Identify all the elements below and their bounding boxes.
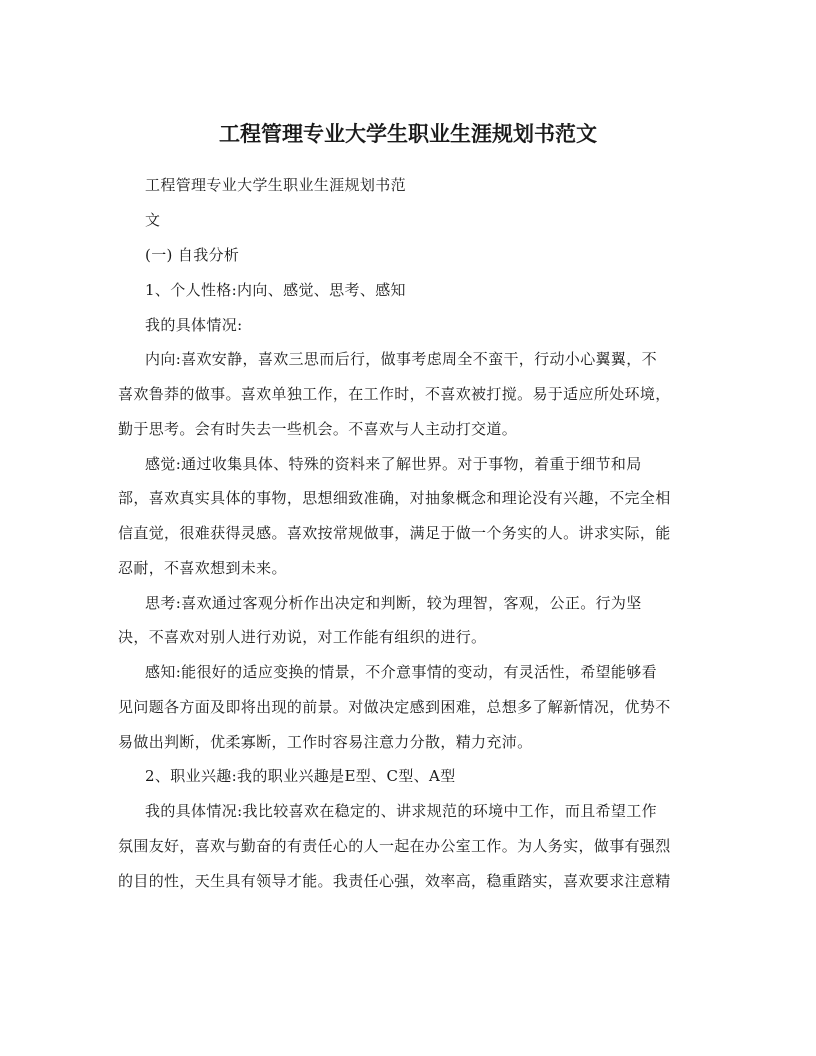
paragraph-sensing-line-3: 信直觉，很难获得灵感。喜欢按常规做事，满足于做一个务实的人。讲求实际，能 <box>118 524 671 542</box>
paragraph-introvert-line-3: 勤于思考。会有时失去一些机会。不喜欢与人主动打交道。 <box>118 420 517 438</box>
paragraph-label-situation: 我的具体情况: <box>145 316 243 334</box>
subsection-personality: 1、个人性格:内向、感觉、思考、感知 <box>145 281 406 299</box>
document-title: 工程管理专业大学生职业生涯规划书范文 <box>0 118 816 148</box>
section-heading-self-analysis: (一) 自我分析 <box>145 246 239 264</box>
paragraph-perceiving-line-1: 感知:能很好的适应变换的情景，不介意事情的变动，有灵活性，希望能够看 <box>145 663 657 681</box>
paragraph-interest-line-1: 我的具体情况:我比较喜欢在稳定的、讲求规范的环境中工作，而且希望工作 <box>145 802 657 820</box>
paragraph-perceiving-line-3: 易做出判断，优柔寡断，工作时容易注意力分散，精力充沛。 <box>118 733 532 751</box>
paragraph-introvert-line-2: 喜欢鲁莽的做事。喜欢单独工作，在工作时，不喜欢被打搅。易于适应所处环境， <box>118 385 671 403</box>
paragraph-sensing-line-1: 感觉:通过收集具体、特殊的资料来了解世界。对于事物，着重于细节和局 <box>145 455 642 473</box>
paragraph-introvert-line-1: 内向:喜欢安静，喜欢三思而后行，做事考虑周全不蛮干，行动小心翼翼，不 <box>145 350 657 368</box>
document-page: 工程管理专业大学生职业生涯规划书范文 工程管理专业大学生职业生涯规划书范 文 (… <box>0 0 816 1056</box>
paragraph-thinking-line-1: 思考:喜欢通过客观分析作出决定和判断，较为理智，客观，公正。行为坚 <box>145 594 642 612</box>
subtitle-line-1: 工程管理专业大学生职业生涯规划书范 <box>145 176 406 194</box>
paragraph-interest-line-2: 氛围友好，喜欢与勤奋的有责任心的人一起在办公室工作。为人务实，做事有强烈 <box>118 837 671 855</box>
paragraph-perceiving-line-2: 见问题各方面及即将出现的前景。对做决定感到困难，总想多了解新情况，优势不 <box>118 698 671 716</box>
subtitle-line-2: 文 <box>145 211 160 229</box>
paragraph-thinking-line-2: 决，不喜欢对别人进行劝说，对工作能有组织的进行。 <box>118 628 486 646</box>
subsection-career-interest: 2、职业兴趣:我的职业兴趣是E型、C型、A型 <box>145 767 456 785</box>
paragraph-sensing-line-2: 部，喜欢真实具体的事物，思想细致准确，对抽象概念和理论没有兴趣，不完全相 <box>118 489 671 507</box>
paragraph-sensing-line-4: 忍耐，不喜欢想到未来。 <box>118 559 287 577</box>
paragraph-interest-line-3: 的目的性，天生具有领导才能。我责任心强，效率高，稳重踏实，喜欢要求注意精 <box>118 872 671 890</box>
